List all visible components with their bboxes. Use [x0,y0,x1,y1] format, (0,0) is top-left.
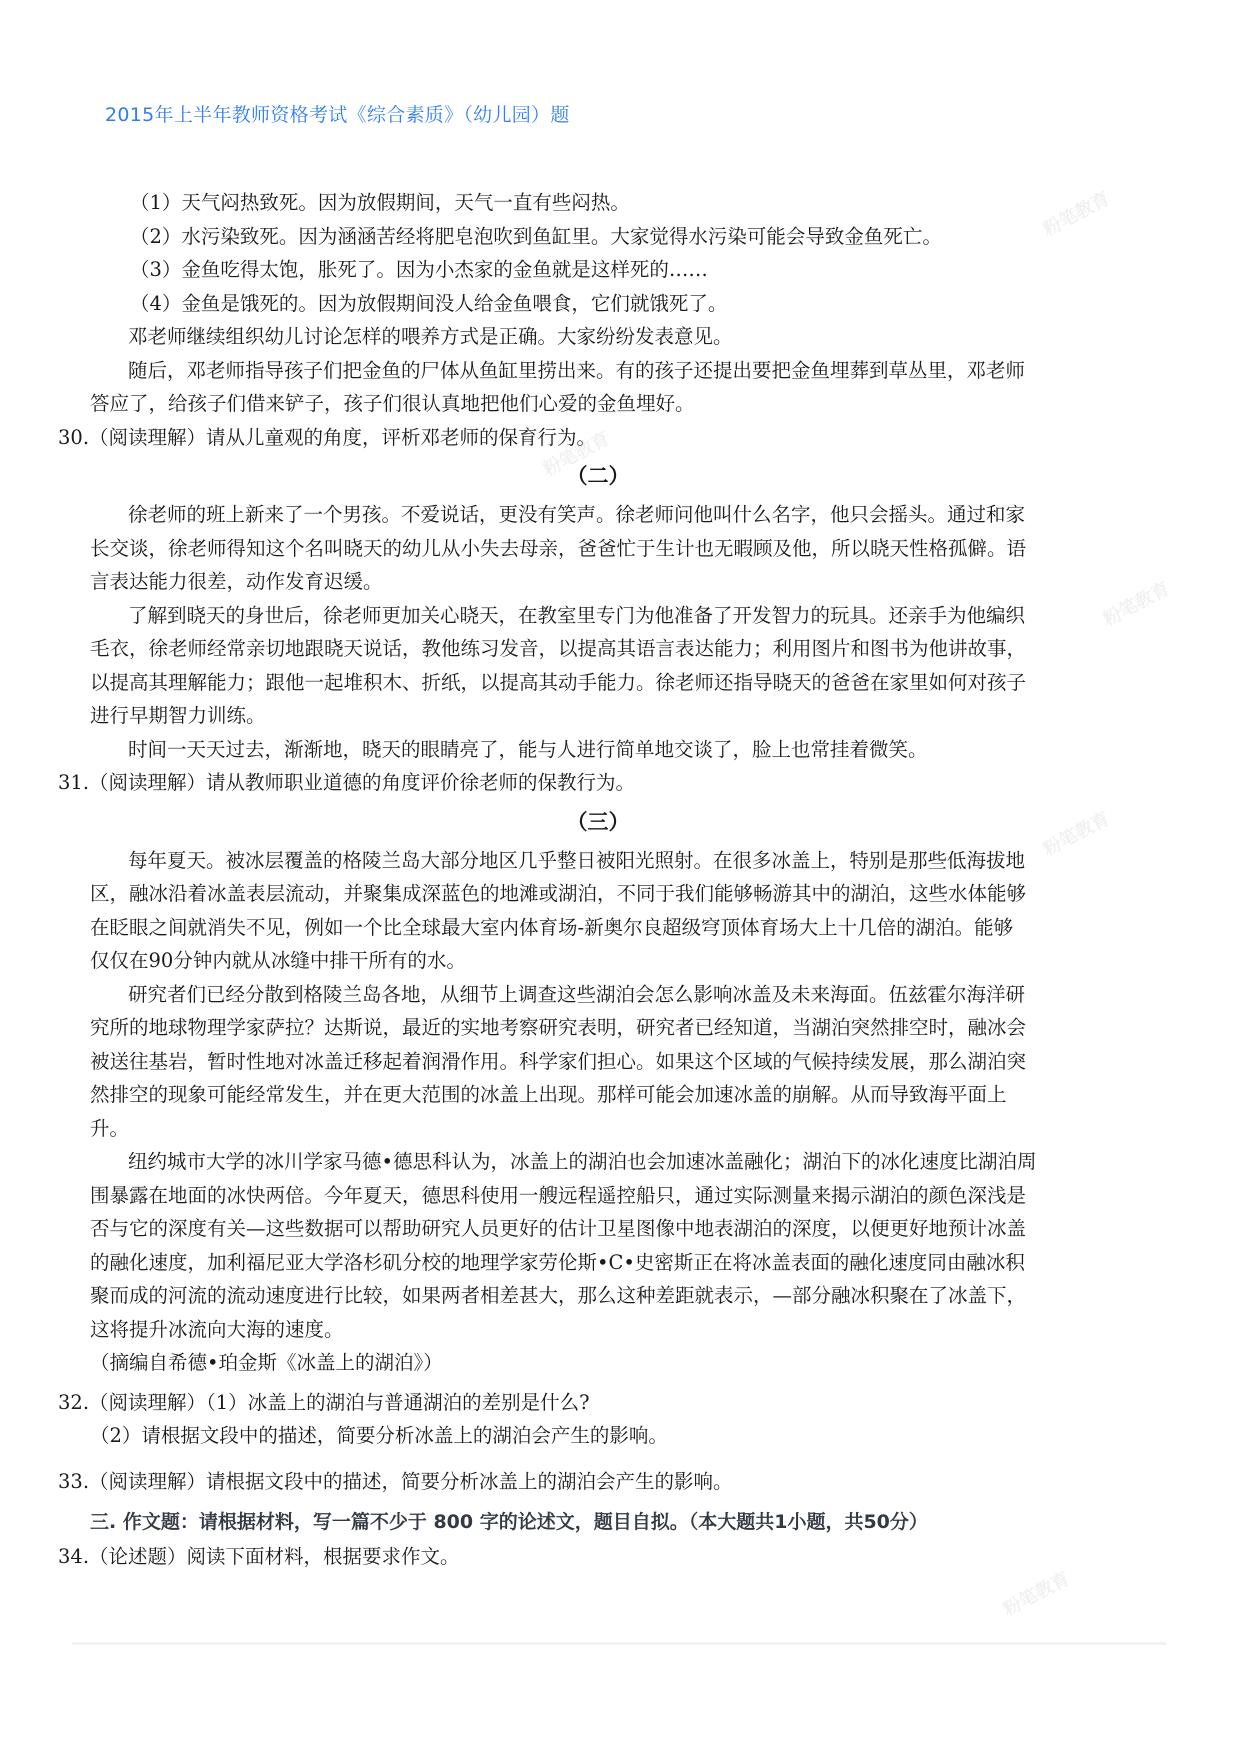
passage3-paragraph-line: 聚而成的河流的流动速度进行比较，如果两者相差甚大，那么这种差距就表示，—部分融冰… [58,1279,1138,1313]
passage3-paragraph-line: 然排空的现象可能经常发生，并在更大范围的冰盖上出现。那样可能会加速冰盖的崩解。从… [58,1078,1138,1112]
passage3-source-citation: （摘编自希德•珀金斯《冰盖上的湖泊》） [58,1346,1138,1380]
passage2-paragraph-line: 言表达能力很差，动作发育迟缓。 [58,565,1138,599]
question-30: 30.（阅读理解）请从儿童观的角度，评析邓老师的保育行为。 [58,421,1138,455]
passage1-paragraph: 邓老师继续组织幼儿讨论怎样的喂养方式是正确。大家纷纷发表意见。 [58,320,1138,354]
passage3-paragraph-line: 否与它的深度有关—这些数据可以帮助研究人员更好的估计卫星图像中地表湖泊的深度，以… [58,1212,1138,1246]
passage2-paragraph-line: 了解到晓天的身世后，徐老师更加关心晓天，在教室里专门为他准备了开发智力的玩具。还… [58,599,1138,633]
passage3-paragraph-line: 究所的地球物理学家萨拉？达斯说，最近的实地考察研究表明，研究者已经知道，当湖泊突… [58,1011,1138,1045]
passage3-paragraph-line: 区，融冰沿着冰盖表层流动，并聚集成深蓝色的地滩或湖泊，不同于我们能够畅游其中的湖… [58,877,1138,911]
passage3-paragraph-line: 每年夏天。被冰层覆盖的格陵兰岛大部分地区几乎整日被阳光照射。在很多冰盖上，特别是… [58,844,1138,878]
question-31: 31.（阅读理解）请从教师职业道德的角度评价徐老师的保教行为。 [58,766,1138,800]
reason-item-2: （2）水污染致死。因为涵涵苦经将肥皂泡吹到鱼缸里。大家觉得水污染可能会导致金鱼死… [58,220,1138,254]
section-title-3: （三） [58,802,1138,842]
reason-item-3: （3）金鱼吃得太饱，胀死了。因为小杰家的金鱼就是这样死的…… [58,253,1138,287]
section-title-2: （二） [58,456,1138,496]
passage3-paragraph-line: 的融化速度，加利福尼亚大学洛杉矶分校的地理学家劳伦斯•C•史密斯正在将冰盖表面的… [58,1246,1138,1280]
passage1-paragraph-line: 随后，邓老师指导孩子们把金鱼的尸体从鱼缸里捞出来。有的孩子还提出要把金鱼埋葬到草… [58,354,1138,388]
passage3-paragraph-line: 被送往基岩，暂时性地对冰盖迁移起着润滑作用。科学家们担心。如果这个区域的气候持续… [58,1045,1138,1079]
passage3-paragraph-line: 仅仅在90分钟内就从冰缝中排干所有的水。 [58,944,1138,978]
reason-item-1: （1）天气闷热致死。因为放假期间，天气一直有些闷热。 [58,186,1138,220]
passage2-paragraph-line: 以提高其理解能力；跟他一起堆积木、折纸，以提高其动手能力。徐老师还指导晓天的爸爸… [58,666,1138,700]
document-body: （1）天气闷热致死。因为放假期间，天气一直有些闷热。 （2）水污染致死。因为涵涵… [58,186,1138,1574]
passage3-paragraph-line: 围暴露在地面的冰快两倍。今年夏天，德思科使用一艘远程遥控船只，通过实际测量来揭示… [58,1179,1138,1213]
passage2-paragraph-line: 毛衣，徐老师经常亲切地跟晓天说话，教他练习发音，以提高其语言表达能力；利用图片和… [58,632,1138,666]
passage2-paragraph-line: 长交谈，徐老师得知这个名叫晓天的幼儿从小失去母亲，爸爸忙于生计也无暇顾及他，所以… [58,532,1138,566]
document-header-title: 2015年上半年教师资格考试《综合素质》（幼儿园）题 [105,100,570,127]
page-divider [72,1642,1166,1645]
passage2-paragraph-line: 徐老师的班上新来了一个男孩。不爱说话，更没有笑声。徐老师问他叫什么名字，他只会摇… [58,498,1138,532]
question-33: 33.（阅读理解）请根据文段中的描述，简要分析冰盖上的湖泊会产生的影响。 [58,1465,1138,1499]
passage3-paragraph-line: 在眨眼之间就消失不见，例如一个比全球最大室内体育场-新奥尔良超级穹顶体育场大上十… [58,911,1138,945]
passage3-paragraph-line: 这将提升冰流向大海的速度。 [58,1313,1138,1347]
question-32-part-2: （2）请根据文段中的描述，简要分析冰盖上的湖泊会产生的影响。 [58,1419,1138,1453]
passage1-paragraph-line: 答应了，给孩子们借来铲子，孩子们很认真地把他们心爱的金鱼埋好。 [58,387,1138,421]
passage2-paragraph-line: 进行早期智力训练。 [58,699,1138,733]
passage3-paragraph-line: 研究者们已经分散到格陵兰岛各地，从细节上调查这些湖泊会怎么影响冰盖及未来海面。伍… [58,978,1138,1012]
passage2-paragraph: 时间一天天过去，渐渐地，晓天的眼睛亮了，能与人进行简单地交谈了，脸上也常挂着微笑… [58,733,1138,767]
reason-item-4: （4）金鱼是饿死的。因为放假期间没人给金鱼喂食，它们就饿死了。 [58,287,1138,321]
question-32-part-1: 32.（阅读理解）（1）冰盖上的湖泊与普通湖泊的差别是什么? [58,1386,1138,1420]
question-34: 34.（论述题）阅读下面材料，根据要求作文。 [58,1540,1138,1574]
passage3-paragraph-line: 升。 [58,1112,1138,1146]
part-3-essay-heading: 三. 作文题：请根据材料，写一篇不少于 800 字的论述文，题目自拟。（本大题共… [58,1504,1138,1540]
passage3-paragraph-line: 纽约城市大学的冰川学家马德•德思科认为，冰盖上的湖泊也会加速冰盖融化；湖泊下的冰… [58,1145,1138,1179]
